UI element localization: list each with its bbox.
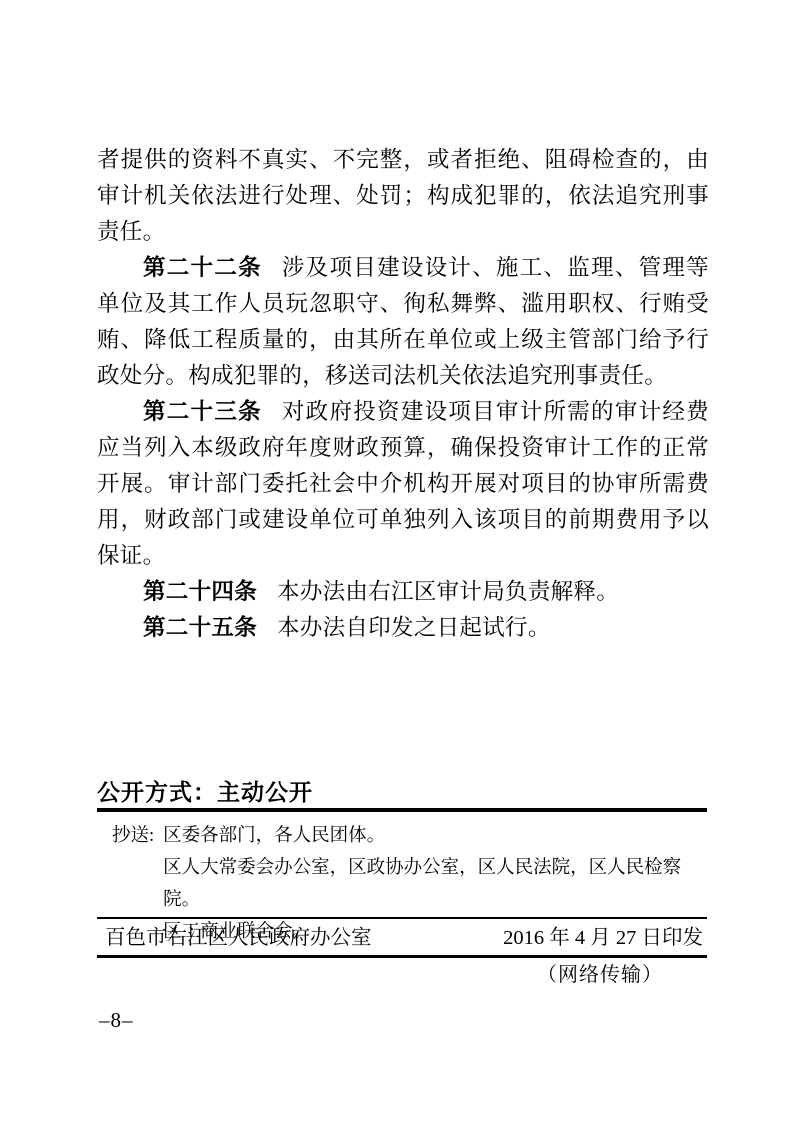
paragraph: 第二十五条本办法自印发之日起试行。 [97, 610, 709, 646]
page-number: –8– [99, 1006, 134, 1034]
paragraph: 第二十四条本办法由右江区审计局负责解释。 [97, 574, 709, 610]
copy-to-line: 区人大常委会办公室，区政协办公室，区人民法院，区人民检察院。 [163, 852, 712, 916]
thick-rule [97, 808, 707, 812]
paragraph-text: 者提供的资料不真实、不完整，或者拒绝、阻碍检查的，由审计机关依法进行处理、处罚；… [97, 147, 709, 244]
article-number: 第二十二条 [143, 255, 262, 280]
paragraph: 第二十二条涉及项目建设设计、施工、监理、管理等单位及其工作人员玩忽职守、徇私舞弊… [97, 250, 709, 394]
document-body: 者提供的资料不真实、不完整，或者拒绝、阻碍检查的，由审计机关依法进行处理、处罚；… [97, 142, 709, 646]
paragraph: 第二十三条对政府投资建设项目审计所需的审计经费应当列入本级政府年度财政预算，确保… [97, 394, 709, 574]
article-number: 第二十三条 [143, 399, 262, 424]
paragraph-text: 本办法自印发之日起试行。 [277, 615, 551, 640]
transmission-note: （网络传输） [97, 960, 707, 990]
paragraph-text: 对政府投资建设项目审计所需的审计经费应当列入本级政府年度财政预算，确保投资审计工… [97, 399, 709, 568]
document-page: 者提供的资料不真实、不完整，或者拒绝、阻碍检查的，由审计机关依法进行处理、处罚；… [0, 0, 800, 1131]
paragraph: 者提供的资料不真实、不完整，或者拒绝、阻碍检查的，由审计机关依法进行处理、处罚；… [97, 142, 709, 250]
copy-to-line: 区委各部门，各人民团体。 [163, 820, 712, 852]
disclosure-method: 公开方式：主动公开 [97, 777, 707, 807]
article-number: 第二十五条 [143, 615, 257, 640]
issuer-name: 百色市右江区人民政府办公室 [105, 921, 372, 955]
thin-rule [97, 917, 707, 919]
article-number: 第二十四条 [143, 579, 257, 604]
medium-rule [97, 955, 707, 958]
print-date: 2016 年 4 月 27 日印发 [503, 921, 703, 955]
imprint-row: 百色市右江区人民政府办公室 2016 年 4 月 27 日印发 [105, 921, 703, 955]
paragraph-text: 本办法由右江区审计局负责解释。 [277, 579, 619, 604]
